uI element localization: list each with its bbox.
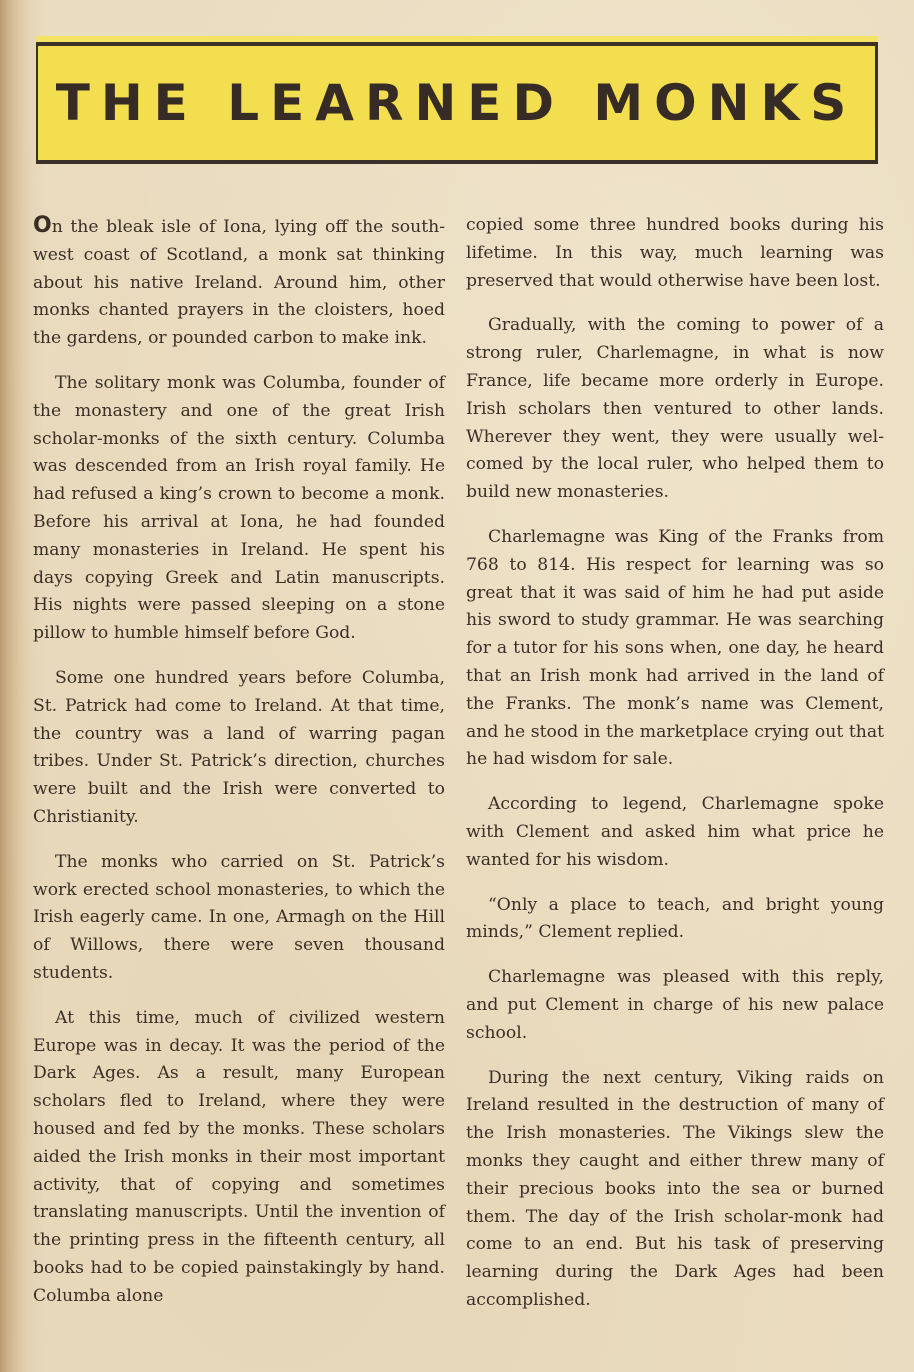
paragraph-king-of-franks: Charlemagne was King of the Franks from … (466, 524, 884, 774)
paragraph-legend: According to legend, Charlemagne spoke w… (466, 791, 884, 874)
paragraph-continuation: copied some three hundred books during h… (466, 212, 884, 295)
paragraph-school-monasteries: The monks who carried on St. Patrick’s w… (33, 849, 445, 988)
paragraph-palace-school: Charlemagne was pleased with this reply,… (466, 964, 884, 1047)
paragraph-text: n the bleak isle of Iona, lying off the … (33, 217, 445, 348)
paragraph-st-patrick: Some one hundred years before Columba, S… (33, 665, 445, 832)
printed-page: THE LEARNED MONKS On the bleak isle of I… (0, 0, 914, 1372)
paragraph-clement-quote: “Only a place to teach, and bright young… (466, 892, 884, 948)
paragraph-charlemagne-rise: Gradually, with the coming to power of a… (466, 312, 884, 507)
title-banner: THE LEARNED MONKS (36, 42, 878, 164)
paragraph-columba: The solitary monk was Columba, founder o… (33, 370, 445, 648)
paragraph-iona: On the bleak isle of Iona, lying off the… (33, 212, 445, 353)
paragraph-viking-raids: During the next century, Viking raids on… (466, 1065, 884, 1315)
right-column: copied some three hundred books during h… (466, 212, 884, 1332)
paragraph-dark-ages: At this time, much of civilized western … (33, 1005, 445, 1311)
initial-letter: O (33, 213, 52, 238)
left-column: On the bleak isle of Iona, lying off the… (33, 212, 445, 1327)
page-title: THE LEARNED MONKS (56, 74, 858, 132)
